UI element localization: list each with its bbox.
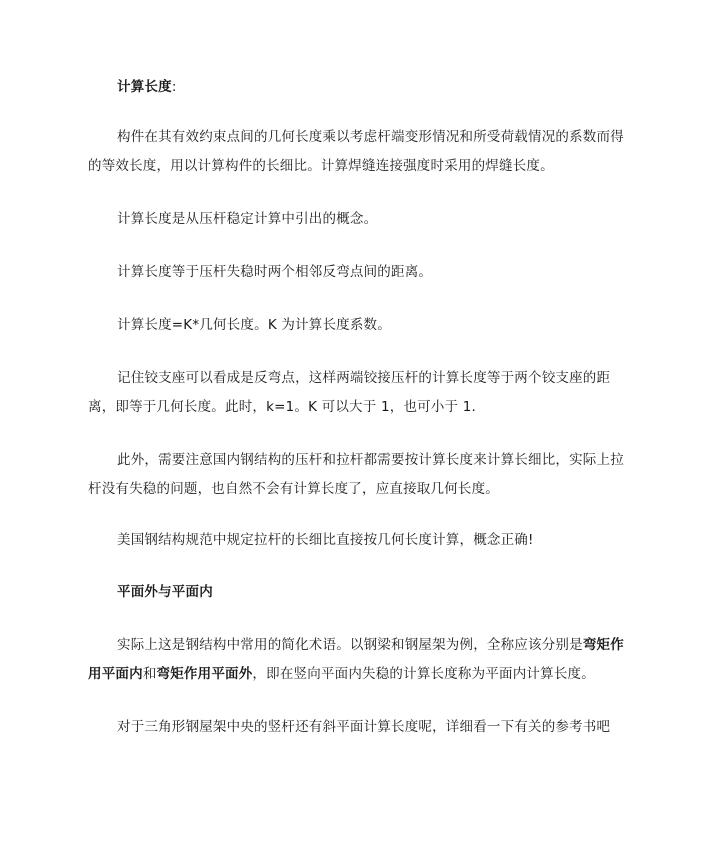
paragraph-hinge-support: 记住铰支座可以看成是反弯点，这样两端铰接压杆的计算长度等于两个铰支座的距离，即等…: [88, 364, 633, 422]
heading-text: 计算长度: [117, 79, 172, 95]
section-heading-calculation-length: 计算长度:: [88, 73, 633, 102]
plane-terms-text-b: 和: [143, 666, 157, 682]
heading-colon: :: [172, 79, 177, 95]
paragraph-definition: 构件在其有效约束点间的几何长度乘以考虑杆端变形情况和所受荷载情况的系数而得的等效…: [88, 123, 633, 181]
term-out-of-plane: 弯矩作用平面外: [157, 666, 253, 682]
paragraph-us-code: 美国钢结构规范中规定拉杆的长细比直接按几何长度计算，概念正确!: [88, 526, 633, 555]
paragraph-triangular-truss: 对于三角形钢屋架中央的竖杆还有斜平面计算长度呢，详细看一下有关的参考书吧: [88, 713, 633, 742]
paragraph-formula: 计算长度=K*几何长度。K 为计算长度系数。: [88, 311, 633, 340]
paragraph-concept-origin: 计算长度是从压杆稳定计算中引出的概念。: [88, 205, 633, 234]
section-heading-in-out-plane: 平面外与平面内: [88, 578, 633, 607]
paragraph-tension-member: 此外，需要注意国内钢结构的压杆和拉杆都需要按计算长度来计算长细比，实际上拉杆没有…: [88, 446, 633, 504]
plane-terms-text-c: ，即在竖向平面内失稳的计算长度称为平面内计算长度。: [252, 666, 595, 682]
plane-terms-text-a: 实际上这是钢结构中常用的简化术语。以钢梁和钢屋架为例，全称应该分别是: [117, 637, 583, 653]
paragraph-inflection-distance: 计算长度等于压杆失稳时两个相邻反弯点间的距离。: [88, 258, 633, 287]
paragraph-plane-terms: 实际上这是钢结构中常用的简化术语。以钢梁和钢屋架为例，全称应该分别是弯矩作用平面…: [88, 631, 633, 689]
